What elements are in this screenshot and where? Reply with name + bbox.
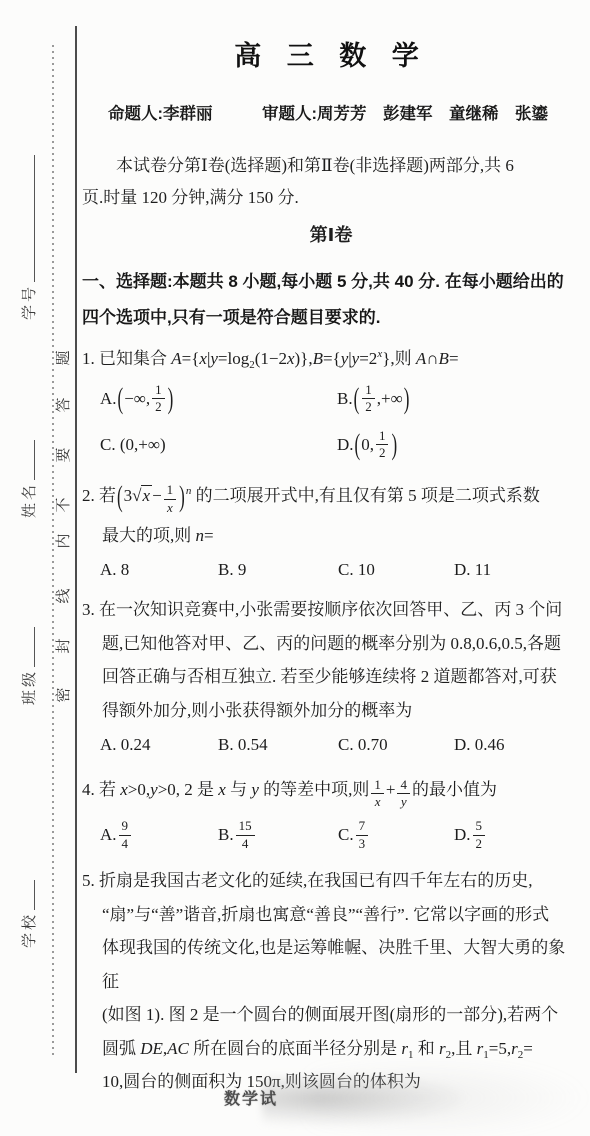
question-1: 1. 已知集合 A={x|y=log2(1−2x)},B={y|y=2x},则 … [82, 342, 580, 468]
question-2-options: A. 8B. 9C. 10D. 11 [82, 552, 580, 587]
seal-text-char: 答 [54, 395, 74, 415]
question-1-options: A. (−∞,12)B. (12,+∞)C. (0,+∞)D. (0,12) [82, 376, 580, 468]
question-5: 5. 折扇是我国古老文化的延续,在我国已有四千年左右的历史,“扇”与“善”谐音,… [82, 864, 580, 1099]
question-2-option-b: B. 9 [218, 552, 338, 587]
name-field-label: 姓名 [18, 482, 39, 518]
big-paren-right: ) [391, 404, 397, 485]
big-paren-left: ( [118, 358, 124, 439]
sqrt-radical: √x [132, 485, 152, 505]
class-field: 班级 [18, 605, 38, 705]
question-2-option-a: A. 8 [100, 552, 218, 587]
question-1-option-d: D. (0,12) [337, 422, 580, 468]
question-3-stem-line: 回答正确与否相互独立. 若至少能够连续将 2 道题都答对,可获 [82, 660, 580, 694]
fraction: 12 [376, 429, 389, 461]
big-paren-right: ) [168, 358, 174, 439]
question-4-stem-line: 4. 若 x>0,y>0, 2 是 x 与 y 的等差中项,则1x+4y的最小值… [82, 768, 580, 812]
question-3-option-a: A. 0.24 [100, 727, 218, 762]
fraction: 12 [152, 383, 165, 415]
question-1-option-c: C. (0,+∞) [100, 422, 337, 468]
question-2-option-d: D. 11 [454, 552, 580, 587]
question-3-options: A. 0.24B. 0.54C. 0.70D. 0.46 [82, 727, 580, 762]
content-border-line [75, 26, 77, 1073]
question-3-option-d: D. 0.46 [454, 727, 580, 762]
fraction: 4y [397, 778, 410, 810]
intro-paragraph: 本试卷分第Ⅰ卷(选择题)和第Ⅱ卷(非选择题)两部分,共 6 页.时量 120 分… [82, 150, 580, 214]
question-3-stem-line: 得额外加分,则小张获得额外加分的概率为 [82, 694, 580, 728]
school-field-label: 学校 [18, 912, 39, 948]
school-field-blank-line [21, 880, 35, 910]
seal-text-char: 题 [54, 348, 74, 368]
page-footer: 数学试 [224, 1086, 278, 1109]
question-2-option-c: C. 10 [338, 552, 454, 587]
name-field-blank-line [21, 440, 35, 480]
fraction: 12 [362, 383, 375, 415]
question-3-option-c: C. 0.70 [338, 727, 454, 762]
student-id-field-label: 学号 [18, 284, 39, 320]
question-5-stem-line: “扇”与“善”谐音,折扇也寓意“善良”“善行”. 它常以字画的形式 [82, 898, 580, 932]
student-id-field: 学号 [18, 130, 38, 320]
class-field-label: 班级 [18, 669, 39, 705]
big-paren-right: ) [179, 458, 185, 535]
seal-text-char: 不 [54, 495, 74, 515]
question-3-stem-line: 3. 在一次知识竞赛中,小张需要按顺序依次回答甲、乙、丙 3 个问 [82, 593, 580, 627]
question-1-option-a: A. (−∞,12) [100, 376, 337, 422]
section-title: 第Ⅰ卷 [82, 222, 580, 248]
intro-line: 本试卷分第Ⅰ卷(选择题)和第Ⅱ卷(非选择题)两部分,共 6 [82, 150, 580, 182]
question-4-option-c: C. 73 [338, 812, 454, 858]
name-field: 姓名 [18, 418, 38, 518]
fraction: 94 [119, 819, 132, 851]
section-instructions: 一、选择题:本题共 8 小题,每小题 5 分,共 40 分. 在每小题给出的 四… [82, 264, 580, 336]
question-2: 2. 若(3√x−1x)n 的二项展开式中,有且仅有第 5 项是二项式系数最大的… [82, 474, 580, 588]
big-paren-left: ( [117, 458, 123, 535]
question-2-stem-line: 2. 若(3√x−1x)n 的二项展开式中,有且仅有第 5 项是二项式系数 [82, 474, 580, 519]
school-field: 学校 [18, 856, 38, 948]
question-5-stem-line: 5. 折扇是我国古老文化的延续,在我国已有四千年左右的历史, [82, 864, 580, 898]
question-4: 4. 若 x>0,y>0, 2 是 x 与 y 的等差中项,则1x+4y的最小值… [82, 768, 580, 858]
instruction-line: 四个选项中,只有一项是符合题目要求的. [82, 300, 580, 336]
seal-text-char: 封 [54, 636, 74, 656]
questions-list: 1. 已知集合 A={x|y=log2(1−2x)},B={y|y=2x},则 … [82, 342, 580, 1099]
question-3: 3. 在一次知识竞赛中,小张需要按顺序依次回答甲、乙、丙 3 个问题,已知他答对… [82, 593, 580, 762]
question-5-stem-line: 10,圆台的侧面积为 150π,则该圆台的体积为 [82, 1065, 580, 1099]
question-5-stem-line: (如图 1). 图 2 是一个圆台的侧面展开图(扇形的一部分),若两个 [82, 998, 580, 1032]
question-2-stem-line: 最大的项,则 n= [82, 519, 580, 553]
big-paren-right: ) [404, 358, 410, 439]
class-field-blank-line [21, 627, 35, 667]
question-3-option-b: B. 0.54 [218, 727, 338, 762]
fraction: 1x [371, 778, 384, 810]
student-id-field-blank-line [21, 155, 35, 282]
question-1-stem-line: 1. 已知集合 A={x|y=log2(1−2x)},B={y|y=2x},则 … [82, 342, 580, 376]
instruction-line: 一、选择题:本题共 8 小题,每小题 5 分,共 40 分. 在每小题给出的 [82, 264, 580, 300]
seal-text-char: 密 [54, 685, 74, 705]
question-4-option-a: A. 94 [100, 812, 218, 858]
intro-line: 页.时量 120 分钟,满分 150 分. [82, 182, 580, 214]
big-paren-left: ( [355, 404, 361, 485]
fraction: 52 [473, 819, 486, 851]
question-1-option-b: B. (12,+∞) [337, 376, 580, 422]
exam-page: { "header": { "title": "高 三 数 学", "autho… [0, 0, 590, 1136]
question-4-option-b: B. 154 [218, 812, 338, 858]
fraction: 154 [236, 819, 255, 851]
seal-text-char: 内 [54, 531, 74, 551]
exam-title: 高 三 数 学 [82, 38, 580, 74]
question-3-stem-line: 题,已知他答对甲、乙、丙的问题的概率分别为 0.8,0.6,0.5,各题 [82, 627, 580, 661]
authors-line: 命题人:李群丽 审题人:周芳芳 彭建军 童继稀 张鎏 [82, 102, 580, 126]
question-4-options: A. 94B. 154C. 73D. 52 [82, 812, 580, 858]
fraction: 1x [164, 483, 177, 515]
question-5-stem-line: 圆弧 DE,AC 所在圆台的底面半径分别是 r1 和 r2,且 r1=5,r2= [82, 1032, 580, 1066]
question-5-stem-line: 体现我国的传统文化,也是运筹帷幄、决胜千里、大智大勇的象征 [82, 931, 580, 998]
seal-text-char: 要 [54, 445, 74, 465]
question-4-option-d: D. 52 [454, 812, 580, 858]
seal-dotted-line [52, 45, 54, 1058]
fraction: 73 [356, 819, 369, 851]
seal-text-char: 线 [54, 586, 74, 606]
exam-content: 高 三 数 学 命题人:李群丽 审题人:周芳芳 彭建军 童继稀 张鎏 本试卷分第… [82, 0, 580, 1105]
